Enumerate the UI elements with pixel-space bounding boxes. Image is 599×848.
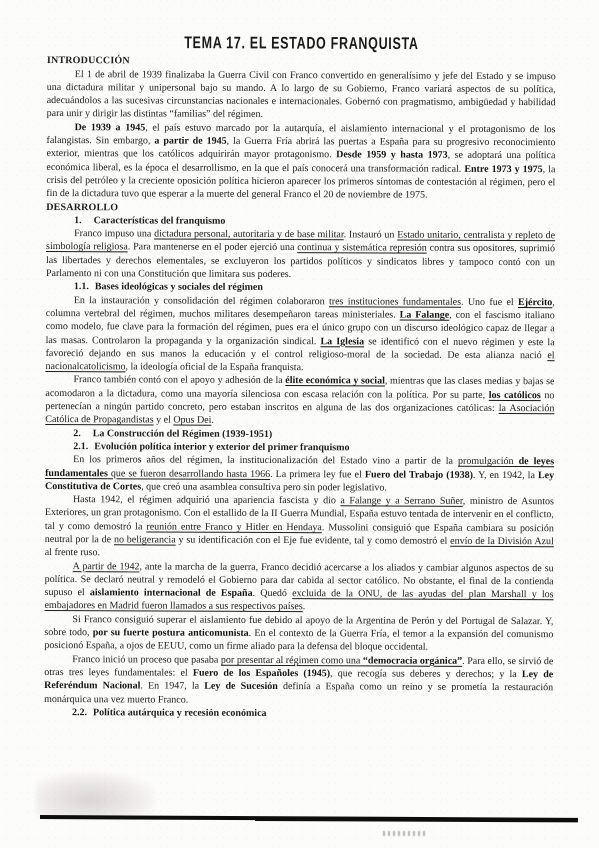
heading-text: Características del franquismo xyxy=(94,215,226,227)
scan-smudge xyxy=(36,772,156,818)
text-run: La Iglesia xyxy=(320,336,364,347)
scanned-document-page: TEMA 17. EL ESTADO FRANQUISTA INTRODUCCI… xyxy=(0,0,599,848)
paragraph: Hasta 1942, el régimen adquirió una apar… xyxy=(45,493,554,562)
paragraph: El 1 de abril de 1939 finalizaba la Guer… xyxy=(47,68,556,123)
heading-text: La Construcción del Régimen (1939-1951) xyxy=(93,428,272,440)
heading-text: Política autárquica y recesión económica xyxy=(93,707,267,719)
text-run: a Falange y a Serrano Suñer xyxy=(340,495,462,507)
text-run: envío de la División Azul xyxy=(450,536,554,547)
text-run: A partir de 1942 xyxy=(73,561,140,572)
heading-number: 2.1. xyxy=(73,441,88,452)
text-run: . Uno fue el xyxy=(461,296,518,307)
document-body: INTRODUCCIÓNEl 1 de abril de 1939 finali… xyxy=(44,54,556,721)
text-run: Franco inició un proceso que pasaba xyxy=(72,654,221,666)
text-run: Ley de Sucesión xyxy=(204,681,278,692)
paragraph: Franco también contó con el apoyo y adhe… xyxy=(45,373,554,428)
text-run: Franco impuso una xyxy=(74,228,154,239)
heading-text: Evolución política interior y exterior d… xyxy=(94,441,349,453)
text-run: Entre 1973 y 1975 xyxy=(464,163,542,174)
text-run: Desde 1959 y hasta 1973 xyxy=(336,150,448,161)
text-run: . En 1947, la xyxy=(140,681,204,692)
paragraph: A partir de 1942, ante la marcha de la g… xyxy=(44,560,553,615)
text-run: los católicos xyxy=(489,390,541,401)
text-run: “democracia orgánica” xyxy=(363,655,462,666)
paragraph: En la instauración y consolidación del r… xyxy=(46,294,555,376)
text-run: Ejército xyxy=(518,297,552,308)
heading-text: Bases ideológicas y sociales del régimen xyxy=(95,282,263,294)
text-run: . Y, en 1942, la xyxy=(473,469,538,480)
paragraph: Franco inició un proceso que pasaba por … xyxy=(44,653,553,708)
text-run: aislamiento internacional de España xyxy=(90,587,253,599)
text-run: Opus Dei xyxy=(173,415,211,426)
text-run: élite económica y social xyxy=(285,375,385,386)
text-run: promulgación xyxy=(458,456,519,467)
text-run: y su identificación con el Eje fue evide… xyxy=(176,535,451,547)
text-run: De 1939 a 1945 xyxy=(75,122,146,133)
text-run: que se fueron desarrollando hasta 1966 xyxy=(108,468,270,480)
text-run: . xyxy=(211,415,214,426)
numbered-heading: 2.2.Política autárquica y recesión econó… xyxy=(72,706,553,721)
text-run: por presentar al régimen como una xyxy=(221,654,363,666)
paragraph: Si Franco consiguió superar el aislamien… xyxy=(44,613,553,655)
text-run: . La primera ley fue el xyxy=(270,468,365,479)
text-run: por su fuerte postura anticomunista xyxy=(93,627,249,639)
heading-number: 1. xyxy=(74,215,82,226)
text-run: . xyxy=(303,602,306,613)
text-run: Fuero del Trabajo (1938) xyxy=(365,469,473,480)
text-run: . Quedó xyxy=(253,588,293,599)
text-run: Franco también contó con el apoyo y adhe… xyxy=(73,375,285,387)
text-run: , la ideología oficial de la España fran… xyxy=(126,361,304,373)
illegible-footer-mark xyxy=(383,831,427,836)
text-run: a partir de 1945 xyxy=(154,136,226,147)
heading-number: 1.1. xyxy=(74,281,89,292)
text-run: . Instauró un xyxy=(344,229,398,240)
text-run: no beligerancia xyxy=(114,534,176,545)
paragraph: En los primeros años del régimen, la ins… xyxy=(45,453,554,495)
text-run: dictadura personal, autoritaria y de bas… xyxy=(154,229,344,241)
text-run: . Para mantenerse en el poder ejerció un… xyxy=(128,242,298,254)
paragraph: Franco impuso una dictadura personal, au… xyxy=(46,227,555,282)
text-run: , que recogía sus deberes y derechos; y … xyxy=(330,668,522,680)
text-run: al frente ruso. xyxy=(45,547,100,558)
text-run: Fuero de los Españoles (1945) xyxy=(193,668,330,680)
text-run: En los primeros años del régimen, la ins… xyxy=(73,454,458,467)
text-run: El 1 de abril de 1939 finalizaba la Guer… xyxy=(47,69,556,121)
text-run: La Falange xyxy=(400,309,450,320)
text-run: , que creó una asamblea consultiva pero … xyxy=(141,481,387,493)
text-run: En la instauración y consolidación del r… xyxy=(74,295,329,307)
document-content: TEMA 17. EL ESTADO FRANQUISTA INTRODUCCI… xyxy=(44,34,556,721)
text-run: continua y sistemática represión xyxy=(297,243,427,255)
text-run: reunión entre Franco y Hitler en Hendaya xyxy=(146,521,322,533)
heading-number: 2. xyxy=(73,428,81,439)
document-title: TEMA 17. EL ESTADO FRANQUISTA xyxy=(47,34,556,54)
heading-number: 2.2. xyxy=(72,707,87,718)
paragraph: De 1939 a 1945, el país estuvo marcado p… xyxy=(46,121,555,203)
text-run: Hasta 1942, el régimen adquirió una apar… xyxy=(73,494,340,506)
text-run: tres instituciones fundamentales xyxy=(329,296,461,308)
text-run: y el xyxy=(154,415,174,426)
